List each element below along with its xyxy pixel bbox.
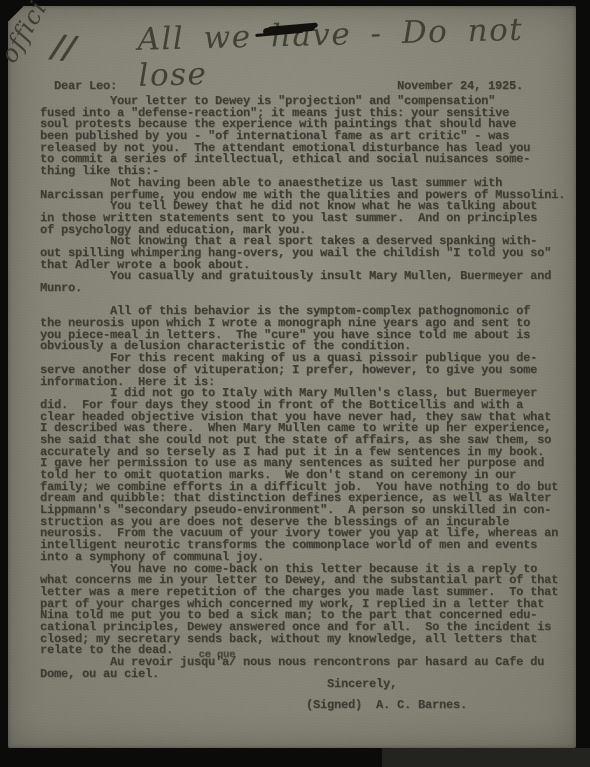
salutation: Dear Leo:: [54, 81, 117, 93]
handwritten-slash-marks: //: [50, 27, 77, 67]
letter-body: Your letter to Dewey is "projection" and…: [40, 96, 582, 680]
closing: Sincerely,: [327, 679, 397, 691]
signature-line: (Signed) A. C. Barnes.: [306, 700, 467, 712]
typed-line: You casually and gratuitously insult Mar…: [40, 271, 582, 283]
letter-date: November 24, 1925.: [397, 81, 523, 93]
typed-line: Munro.: [40, 283, 582, 295]
typed-line: Dome, ou au ciel.: [40, 669, 582, 681]
scan-edge-artifact: [382, 748, 590, 767]
scanned-letter: offici // All we have - Do not lose Dear…: [0, 0, 590, 767]
